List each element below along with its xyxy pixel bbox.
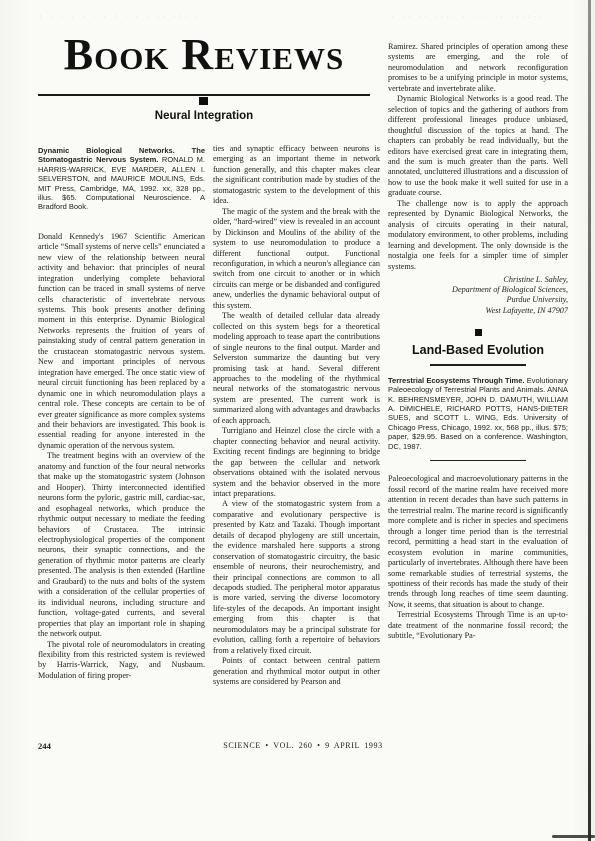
review2-text: Paleoecological and macroevolutionary pa… (388, 474, 568, 641)
heading-rule (430, 364, 526, 366)
scanned-journal-page: : . · . · . · : . · · .· ·:. · · .· ·· ·… (0, 0, 595, 841)
text-column-1: Dynamic Biological Networks. The Stomato… (38, 146, 205, 736)
scan-edge-artifact (588, 0, 591, 841)
citation-details: Evolutionary Paleoecology of Terrestrial… (388, 376, 568, 451)
scan-bottom-artifact (552, 835, 595, 838)
title-rule (38, 94, 370, 96)
running-head-right: · .· ·· ·:·. · . · ·: .··:·. (392, 15, 568, 20)
review1-paragraph: Ramirez. Shared principles of operation … (388, 42, 568, 94)
review1-paragraph: The treatment begins with an overview of… (38, 451, 205, 639)
text-column-2: ties and synaptic efficacy between neuro… (213, 144, 380, 736)
section-divider-square (475, 329, 482, 336)
review1-paragraph: Points of contact between central patter… (213, 656, 380, 687)
review2-paragraph: Paleoecological and macroevolutionary pa… (388, 474, 568, 610)
signature-line: West Lafayette, IN 47907 (388, 306, 568, 316)
review1-paragraph: The wealth of detailed cellular data alr… (213, 311, 380, 426)
page-title: Book Reviews (38, 33, 370, 77)
page-footer: 244 SCIENCE • VOL. 260 • 9 APRIL 1993 (38, 741, 568, 753)
review1-citation: Dynamic Biological Networks. The Stomato… (38, 146, 205, 212)
journal-footer-line: SCIENCE • VOL. 260 • 9 APRIL 1993 (38, 741, 568, 750)
review2-citation: Terrestrial Ecosystems Through Time. Evo… (388, 376, 568, 451)
text-column-3: Ramirez. Shared principles of operation … (388, 42, 568, 738)
signature-line: Department of Biological Sciences, (388, 285, 568, 295)
review1-paragraph: The challenge now is to apply the approa… (388, 199, 568, 272)
signature-line: Christine L. Sahley, (388, 275, 568, 285)
review1-text-col2: ties and synaptic efficacy between neuro… (213, 144, 380, 688)
review1-text-col1: Donald Kennedy's 1967 Scientific America… (38, 232, 205, 681)
review1-paragraph: A view of the stomatogastric system from… (213, 499, 380, 656)
review1-paragraph: ties and synaptic efficacy between neuro… (213, 144, 380, 207)
review1-text-col3: Ramirez. Shared principles of operation … (388, 42, 568, 272)
review2-paragraph: Terrestrial Ecosystems Through Time is a… (388, 610, 568, 641)
review1-paragraph: Dynamic Biological Networks is a good re… (388, 94, 568, 199)
citation-book-title: Terrestrial Ecosystems Through Time. (388, 376, 524, 385)
review1-paragraph: Donald Kennedy's 1967 Scientific America… (38, 232, 205, 452)
signature-line: Purdue University, (388, 295, 568, 305)
reviewer-signature: Christine L. Sahley,Department of Biolog… (388, 275, 568, 316)
running-head-left: : . · . · . · : . · · .· ·:. · (40, 15, 366, 20)
review1-paragraph: The magic of the system and the break wi… (213, 207, 380, 312)
page-content: : . · . · . · : . · · .· ·:. · · .· ·· ·… (0, 0, 595, 841)
review1-heading: Neural Integration (38, 110, 370, 122)
citation-rule (430, 460, 526, 462)
review1-paragraph: The pivotal role of neuromodulators in c… (38, 640, 205, 682)
review2-heading: Land-Based Evolution (388, 345, 568, 355)
page-number: 244 (38, 741, 51, 751)
title-marker-square (199, 97, 208, 105)
review1-paragraph: Turrigiano and Heinzel close the circle … (213, 426, 380, 499)
